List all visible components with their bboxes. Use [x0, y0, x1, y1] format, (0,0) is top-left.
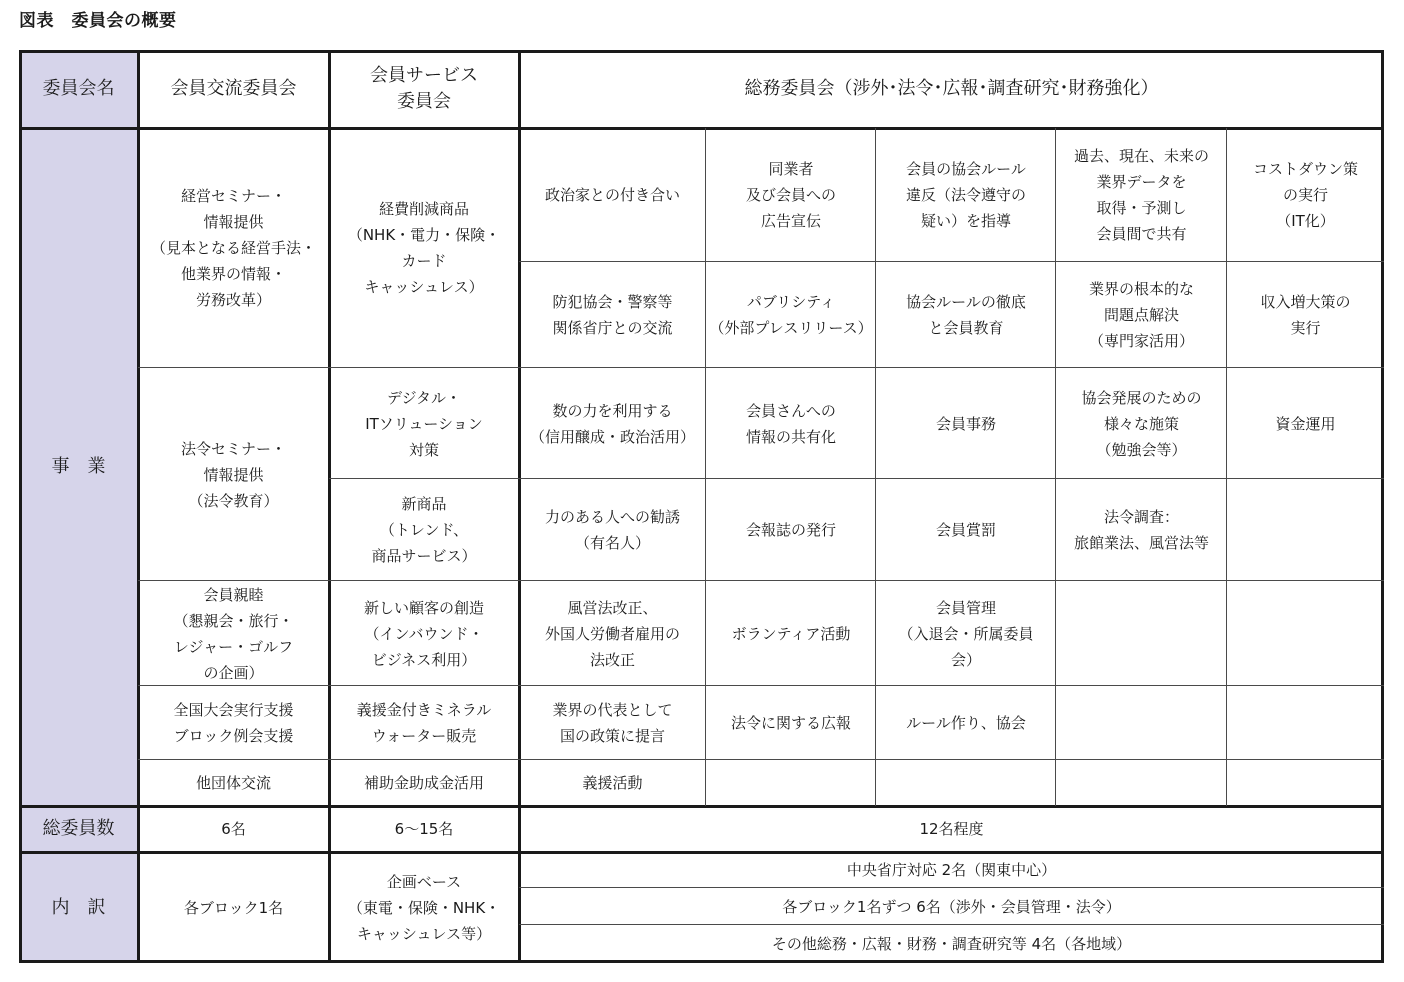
cell-divider [519, 685, 1384, 686]
general-affairs-item [876, 760, 1056, 806]
cell-divider [1226, 128, 1227, 806]
general-affairs-item [1056, 760, 1227, 806]
general-affairs-item: 防犯協会・警察等 関係省庁との交流 [519, 262, 706, 368]
general-affairs-item: 過去、現在、未来の 業界データを 取得・予測し 会員間で共有 [1056, 128, 1227, 262]
total-members-member-exchange: 6名 [138, 806, 329, 852]
general-affairs-item: 政治家との付き合い [519, 128, 706, 262]
section-divider [19, 127, 1384, 130]
table-border [19, 50, 1384, 53]
section-divider [19, 851, 1384, 854]
member-exchange-item: 他団体交流 [138, 760, 329, 806]
breakdown-member-service: 企画ベース （東電・保険・NHK・ キャッシュレス等） [329, 852, 519, 963]
general-affairs-item: 資金運用 [1227, 368, 1384, 479]
cell-divider [138, 685, 519, 686]
table-border [19, 960, 1384, 963]
committee-overview-table: 委員会名 事 業 総委員数 内 訳 会員交流委員会 会員サービス 委員会 総務委… [19, 50, 1384, 963]
column-divider [137, 50, 140, 963]
general-affairs-item: ボランティア活動 [706, 581, 876, 686]
header-general-affairs-committee: 総務委員会（涉外･法令･広報･調査研究･財務強化） [519, 50, 1384, 128]
general-affairs-item: 同業者 及び会員への 広告宣伝 [706, 128, 876, 262]
general-affairs-item [706, 760, 876, 806]
general-affairs-item: パブリシティ （外部プレスリリース） [706, 262, 876, 368]
cell-divider [519, 580, 1384, 581]
member-exchange-item: 全国大会実行支援 ブロック例会支援 [138, 686, 329, 760]
table-border [19, 50, 22, 963]
general-affairs-item: 義援活動 [519, 760, 706, 806]
column-divider [328, 50, 331, 963]
member-exchange-item: 経営セミナー・ 情報提供 （見本となる経営手法・ 他業界の情報・ 労務改革） [138, 128, 329, 368]
general-affairs-item: 力のある人への勧誘 （有名人） [519, 479, 706, 581]
cell-divider [519, 887, 1384, 888]
general-affairs-item: 協会発展のための 様々な施策 （勉強会等） [1056, 368, 1227, 479]
general-affairs-item: 収入増大策の 実行 [1227, 262, 1384, 368]
general-affairs-item: 法令に関する広報 [706, 686, 876, 760]
member-exchange-item: 法令セミナー・ 情報提供 （法令教育） [138, 368, 329, 581]
breakdown-general-affairs-line: 各ブロック1名ずつ 6名（渉外・会員管理・法令） [519, 888, 1384, 925]
general-affairs-item: 会員の協会ルール 違反（法令遵守の 疑い）を指導 [876, 128, 1056, 262]
breakdown-member-exchange: 各ブロック1名 [138, 852, 329, 963]
general-affairs-item: 法令調査： 旅館業法、風営法等 [1056, 479, 1227, 581]
member-service-item: 経費削減商品 （NHK・電力・保険・ カード キャッシュレス） [329, 128, 519, 368]
breakdown-general-affairs-line: 中央省庁対応 2名（関東中心） [519, 852, 1384, 888]
row-label-breakdown: 内 訳 [19, 852, 138, 963]
general-affairs-item: 数の力を利用する （信用醸成・政治活用） [519, 368, 706, 479]
cell-divider [519, 759, 1384, 760]
general-affairs-item: コストダウン策 の実行 （IT化） [1227, 128, 1384, 262]
header-member-service-committee: 会員サービス 委員会 [329, 50, 519, 128]
section-divider [19, 805, 1384, 808]
member-service-item: デジタル・ ITソリューション 対策 [329, 368, 519, 479]
general-affairs-item: 業界の代表として 国の政策に提言 [519, 686, 706, 760]
member-exchange-item: 会員親睦 （懇親会・旅行・ レジャー・ゴルフ の企画） [138, 581, 329, 686]
general-affairs-item: 会員管理 （入退会・所属委員 会） [876, 581, 1056, 686]
member-service-item: 新しい顧客の創造 （インバウンド・ ビジネス利用） [329, 581, 519, 686]
cell-divider [519, 367, 1384, 368]
general-affairs-item: 業界の根本的な 問題点解決 （専門家活用） [1056, 262, 1227, 368]
general-affairs-item: ルール作り、協会 [876, 686, 1056, 760]
general-affairs-item [1056, 686, 1227, 760]
cell-divider [519, 478, 1384, 479]
cell-divider [705, 128, 706, 806]
general-affairs-item [1227, 581, 1384, 686]
cell-divider [875, 128, 876, 806]
column-divider [518, 50, 521, 963]
general-affairs-item [1227, 479, 1384, 581]
cell-divider [138, 759, 519, 760]
row-label-committee-name: 委員会名 [19, 50, 138, 128]
cell-divider [329, 478, 519, 479]
figure-title: 図表 委員会の概要 [19, 6, 177, 31]
row-label-total-members: 総委員数 [19, 806, 138, 852]
general-affairs-item [1227, 760, 1384, 806]
member-service-item: 義援金付きミネラル ウォーター販売 [329, 686, 519, 760]
general-affairs-item [1056, 581, 1227, 686]
total-members-general-affairs: 12名程度 [519, 806, 1384, 852]
general-affairs-item: 会員さんへの 情報の共有化 [706, 368, 876, 479]
cell-divider [519, 924, 1384, 925]
cell-divider [1055, 128, 1056, 806]
cell-divider [519, 261, 1384, 262]
general-affairs-item: 協会ルールの徹底 と会員教育 [876, 262, 1056, 368]
row-label-business: 事 業 [19, 128, 138, 806]
cell-divider [138, 367, 519, 368]
total-members-member-service: 6～15名 [329, 806, 519, 852]
cell-divider [138, 580, 519, 581]
general-affairs-item: 会報誌の発行 [706, 479, 876, 581]
table-border [1381, 50, 1384, 963]
breakdown-general-affairs-line: その他総務・広報・財務・調査研究等 4名（各地域） [519, 925, 1384, 963]
general-affairs-item: 風営法改正、 外国人労働者雇用の 法改正 [519, 581, 706, 686]
general-affairs-item [1227, 686, 1384, 760]
general-affairs-item: 会員賞罰 [876, 479, 1056, 581]
general-affairs-item: 会員事務 [876, 368, 1056, 479]
member-service-item: 新商品 （トレンド、 商品サービス） [329, 479, 519, 581]
header-member-exchange-committee: 会員交流委員会 [138, 50, 329, 128]
member-service-item: 補助金助成金活用 [329, 760, 519, 806]
